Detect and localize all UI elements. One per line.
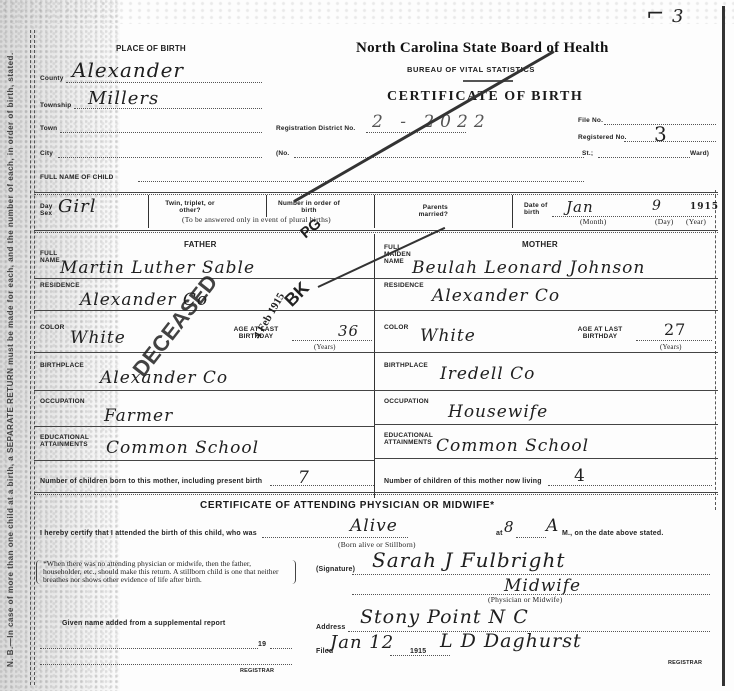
frame-left-dashed — [34, 30, 35, 685]
year-caption: (Year) — [686, 218, 706, 225]
registration-district-label: Registration District No. — [276, 125, 355, 132]
mother-education-label: EDUCATIONAL ATTAINMENTS — [384, 432, 444, 446]
frame-right-dashed — [715, 190, 716, 510]
address-value[interactable]: Stony Point N C — [360, 606, 529, 628]
father-years-caption: (Years) — [314, 344, 336, 351]
father-birthplace-label: BIRTHPLACE — [40, 362, 84, 369]
father-age-line — [292, 340, 372, 341]
born-status-value[interactable]: Alive — [350, 516, 398, 536]
township-value[interactable]: Millers — [88, 88, 159, 109]
mother-birthplace-value[interactable]: Iredell Co — [440, 364, 535, 384]
frame-left-dashed-2 — [30, 30, 31, 685]
mother-maiden-name-value[interactable]: Beulah Leonard Johnson — [412, 258, 645, 278]
mother-heading: MOTHER — [522, 240, 558, 249]
supplemental-registrar-caption: REGISTRAR — [240, 668, 274, 675]
child-row-divider-1 — [148, 195, 149, 228]
mother-years-caption: (Years) — [660, 344, 682, 351]
address-label: Address — [316, 624, 345, 631]
mother-birthplace-label: BIRTHPLACE — [384, 362, 428, 369]
time-value[interactable]: 8 — [504, 518, 515, 536]
mother-residence-rule — [374, 310, 718, 311]
twin-label: Twin, triplet, or other? — [160, 200, 220, 214]
date-of-birth-label: Date of birth — [524, 202, 554, 216]
children-born-value[interactable]: 7 — [298, 468, 310, 488]
corner-annotation: 3 — [672, 6, 683, 27]
children-born-label: Number of children born to this mother, … — [40, 478, 262, 485]
stamp-deceased: DECEASED — [128, 270, 224, 382]
child-row-top-rule — [34, 192, 718, 195]
mother-age-label: AGE AT LAST BIRTHDAY — [570, 326, 630, 340]
at-label: at — [496, 530, 503, 537]
time-line — [516, 537, 546, 538]
supplemental-label: Given name added from a supplemental rep… — [62, 620, 225, 627]
child-row-bottom-rule — [34, 230, 718, 233]
children-living-line — [548, 485, 712, 486]
father-education-rule — [34, 460, 374, 461]
filed-line — [390, 655, 450, 656]
after-time-text: M., on the date above stated. — [562, 530, 663, 537]
mother-education-rule — [374, 458, 718, 459]
father-heading: FATHER — [184, 240, 217, 249]
father-color-label: COLOR — [40, 324, 64, 331]
mother-age-line — [636, 340, 712, 341]
mother-residence-value[interactable]: Alexander Co — [432, 286, 560, 306]
filed-value[interactable]: Jan 12 — [330, 632, 394, 653]
full-name-of-child-label: FULL NAME OF CHILD — [40, 174, 114, 181]
file-no-label: File No. — [578, 117, 603, 124]
mother-age-value[interactable]: 27 — [664, 320, 686, 339]
born-status-line — [262, 537, 408, 538]
father-education-label: EDUCATIONAL ATTAINMENTS — [40, 434, 100, 448]
corner-tick: ⌐ — [646, 2, 664, 27]
supplemental-year-line — [270, 648, 292, 649]
father-occupation-value[interactable]: Farmer — [104, 406, 173, 426]
signature-label: (Signature) — [316, 566, 355, 573]
street-line — [294, 157, 584, 158]
father-name-value[interactable]: Martin Luther Sable — [60, 258, 255, 278]
attending-heading: CERTIFICATE OF ATTENDING PHYSICIAN OR MI… — [200, 500, 495, 511]
order-of-birth-label: Number in order of birth — [274, 200, 344, 214]
ward-label: Ward) — [690, 150, 709, 157]
children-living-label: Number of children of this mother now li… — [384, 478, 542, 485]
registrar-signature[interactable]: L D Daghurst — [440, 630, 582, 652]
county-line — [66, 82, 262, 83]
father-color-rule — [34, 352, 374, 353]
mother-education-value[interactable]: Common School — [436, 436, 589, 456]
child-row-divider-2 — [266, 195, 267, 217]
supplemental-year-prefix: 19 — [258, 641, 266, 648]
mother-occupation-label: OCCUPATION — [384, 398, 429, 405]
registered-no-line — [624, 141, 716, 142]
ampm-value[interactable]: A — [546, 516, 559, 536]
supplemental-line — [40, 648, 258, 649]
township-label: Township — [40, 102, 71, 109]
county-label: County — [40, 75, 64, 82]
supplemental-registrar-line — [40, 664, 292, 665]
stamp-book: BK — [280, 278, 313, 311]
day-caption: (Day) — [655, 218, 674, 225]
margin-note: N. B.—In case of more than one child at … — [6, 40, 20, 680]
father-birthplace-value[interactable]: Alexander Co — [100, 368, 228, 388]
scan-grain-top — [0, 0, 734, 24]
father-birthplace-rule — [34, 390, 374, 391]
attending-footnote: *When there was no attending physician o… — [36, 560, 296, 584]
sex-label-line1: Day — [40, 203, 53, 210]
sex-label: Day Sex — [40, 203, 53, 217]
child-name-line — [138, 181, 584, 182]
children-born-line — [270, 485, 374, 486]
father-occupation-label: OCCUPATION — [40, 398, 85, 405]
father-occupation-rule — [34, 426, 374, 427]
st-label: St.; — [582, 150, 593, 157]
st-line — [598, 157, 690, 158]
signature-line — [352, 574, 710, 575]
county-value[interactable]: Alexander — [72, 58, 184, 82]
child-row-divider-3 — [374, 195, 375, 228]
board-title: North Carolina State Board of Health — [356, 40, 609, 57]
children-living-value[interactable]: 4 — [574, 466, 586, 486]
certify-text: I hereby certify that I attended the bir… — [40, 530, 257, 537]
month-caption: (Month) — [580, 218, 606, 225]
born-caption: (Born alive or Stillborn) — [338, 541, 416, 548]
father-color-value[interactable]: White — [70, 328, 126, 348]
mother-occupation-value[interactable]: Housewife — [448, 402, 548, 422]
place-of-birth-heading: PLACE OF BIRTH — [116, 44, 186, 53]
town-line — [60, 132, 262, 133]
parents-bottom-rule — [34, 492, 718, 495]
registered-no-value[interactable]: 3 — [654, 122, 668, 146]
father-education-value[interactable]: Common School — [106, 438, 259, 458]
dob-day[interactable]: 9 — [652, 198, 662, 214]
dob-month[interactable]: Jan — [566, 198, 594, 216]
father-residence-label: RESIDENCE — [40, 282, 80, 289]
title-caption: (Physician or Midwife) — [488, 596, 562, 603]
town-label: Town — [40, 125, 57, 132]
dob-year[interactable]: 1915 — [690, 202, 719, 212]
sex-value[interactable]: Girl — [58, 196, 97, 217]
child-row-divider-4 — [512, 195, 513, 228]
frame-right-edge — [722, 6, 725, 686]
city-line — [58, 157, 262, 158]
signature-value[interactable]: Sarah J Fulbright — [372, 548, 565, 572]
mother-occupation-rule — [374, 424, 718, 425]
mother-color-rule — [374, 352, 718, 353]
physician-title-value[interactable]: Midwife — [504, 576, 581, 596]
mother-residence-label: RESIDENCE — [384, 282, 424, 289]
parents-married-label: Parents married? — [408, 204, 448, 218]
sex-label-line2: Sex — [40, 210, 52, 217]
mother-color-value[interactable]: White — [420, 326, 476, 346]
birth-certificate-page: N. B.—In case of more than one child at … — [0, 0, 734, 691]
father-age-value[interactable]: 36 — [338, 322, 359, 340]
mother-name-rule — [374, 278, 718, 279]
mother-color-label: COLOR — [384, 324, 408, 331]
mother-birthplace-rule — [374, 390, 718, 391]
city-label: City — [40, 150, 53, 157]
street-no-label: (No. — [276, 150, 289, 157]
registered-no-label: Registered No. — [578, 134, 627, 141]
registrar-caption: REGISTRAR — [668, 660, 702, 667]
filed-year: 1915 — [410, 648, 426, 655]
